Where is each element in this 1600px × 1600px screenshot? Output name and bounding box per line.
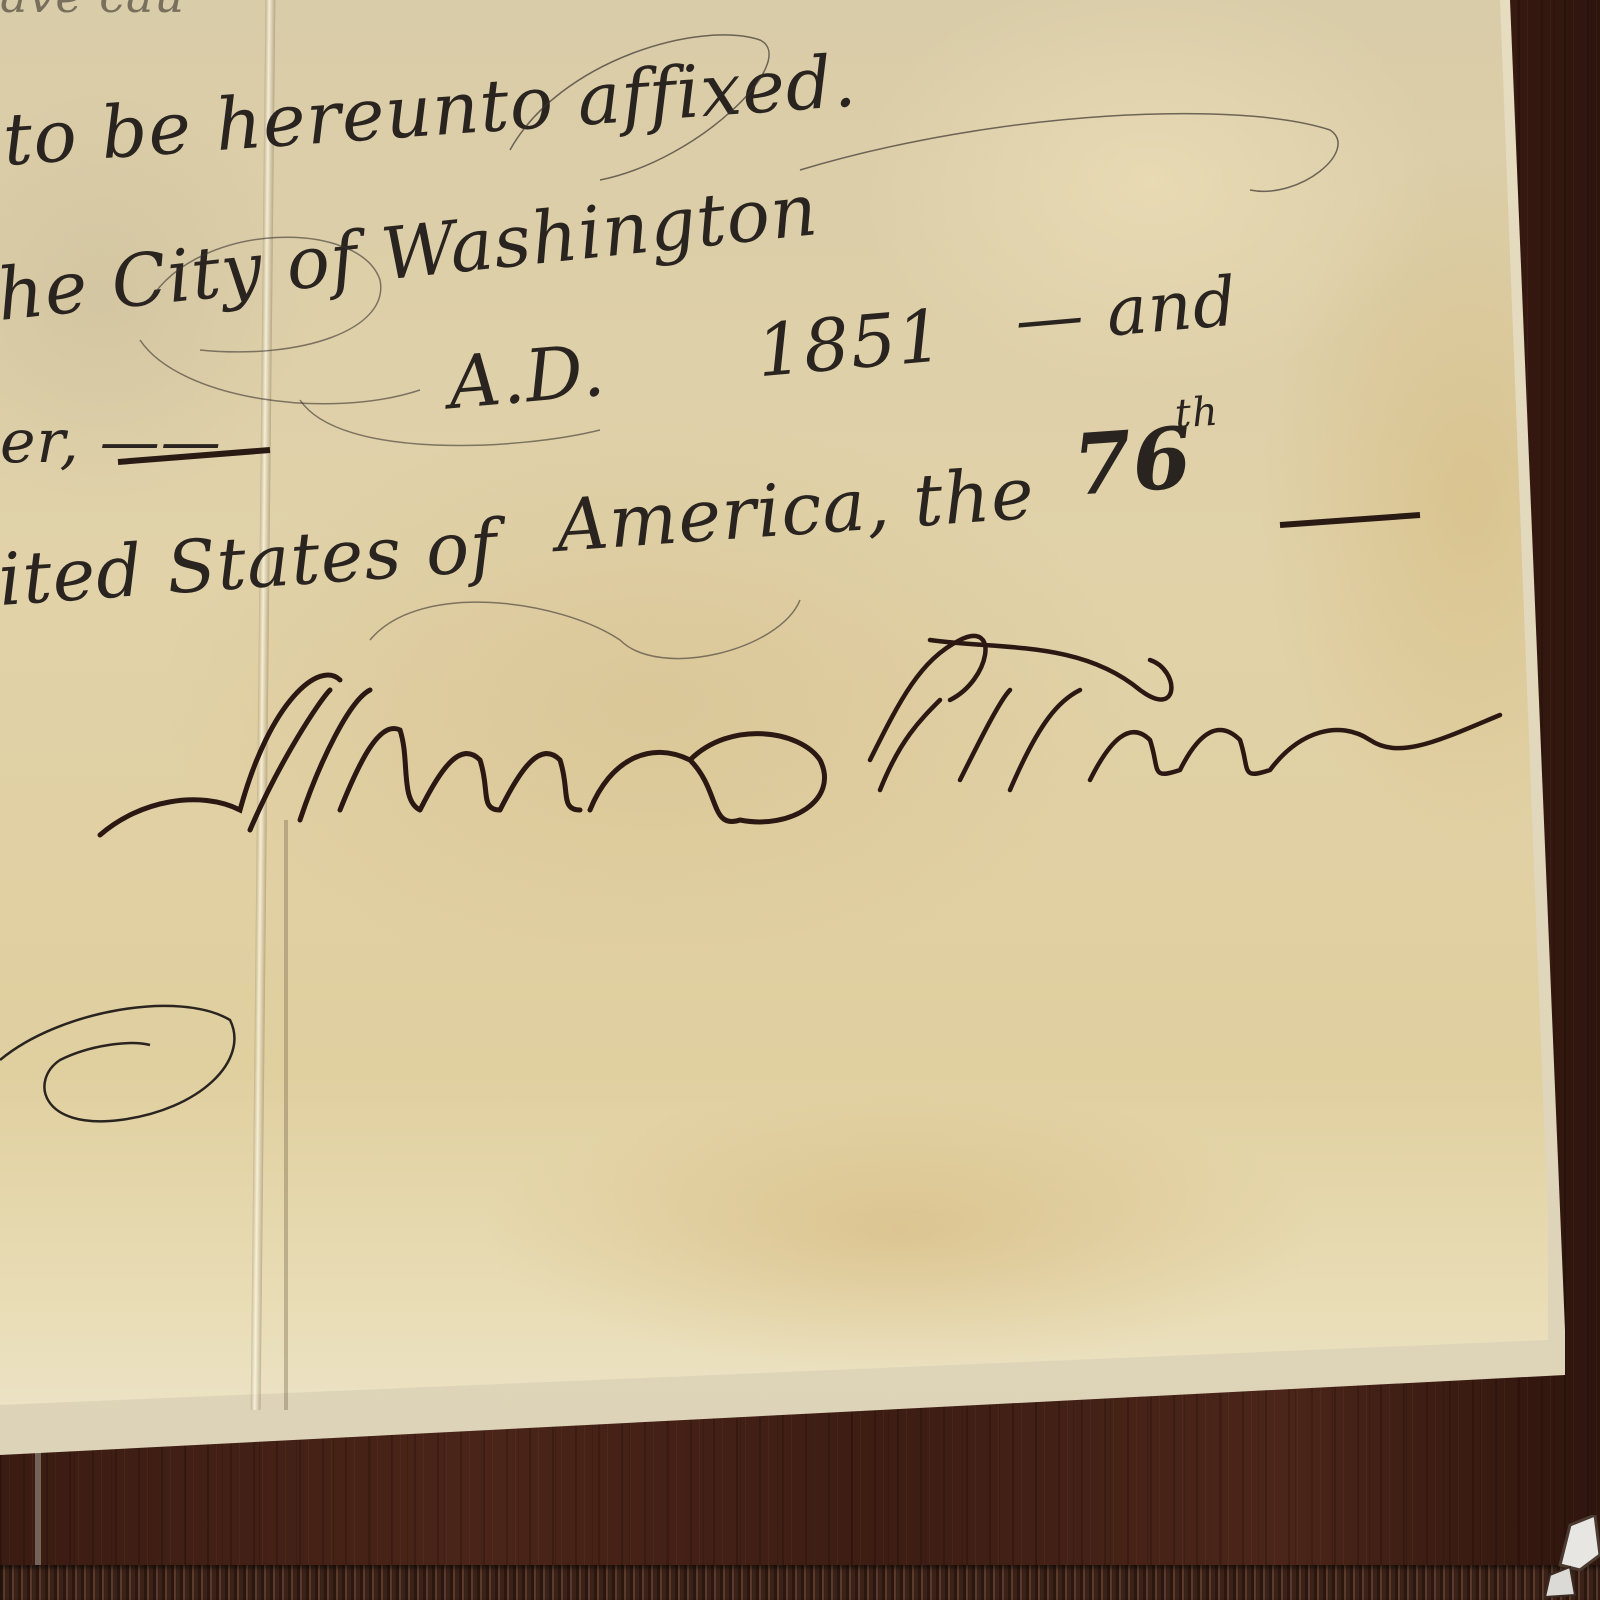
date-line: A.D. 1851 — and [438, 262, 1242, 425]
document-ink-layer: ave cau to be hereunto affixed. he City … [0, 0, 1600, 1600]
text-line-2: to be hereunto affixed. [0, 39, 859, 182]
independence-prefix: America, the [547, 451, 1037, 569]
date-suffix: — and [1012, 262, 1241, 360]
date-year: 1851 [753, 293, 947, 393]
independence-superscript: th [1173, 389, 1220, 438]
text-line-1: ave cau [0, 0, 185, 23]
text-line-6-states: ited States of [0, 503, 511, 622]
text-line-3: he City of Washington [0, 167, 822, 337]
date-prefix: A.D. [439, 328, 609, 426]
signature-millard-fillmore [100, 636, 1500, 835]
text-line-5: er, —— [0, 407, 222, 477]
lower-left-flourish [0, 1006, 234, 1121]
